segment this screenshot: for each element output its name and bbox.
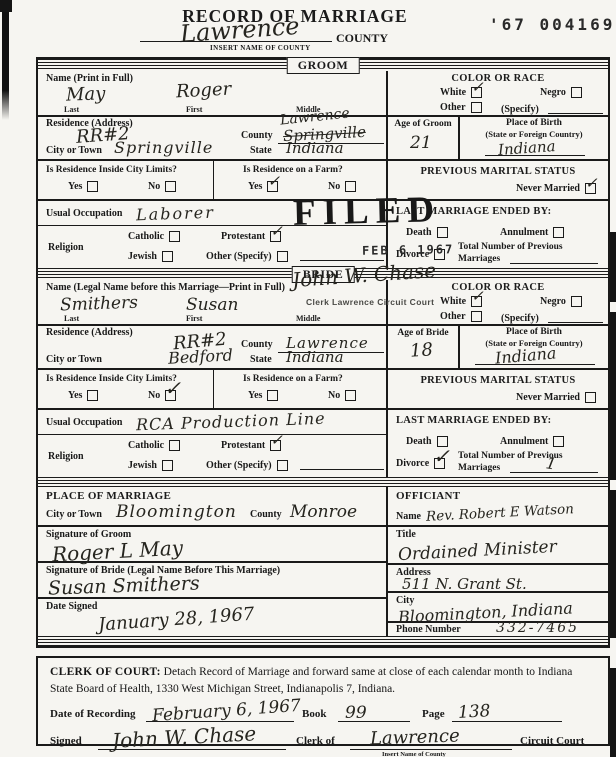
bride-divorce-checkbox: ✓ [434,458,445,469]
signed-line [98,749,286,750]
form-body: GROOM Name (Print in Full) May Roger Las… [36,57,610,648]
clerk-signed-row: Signed John W. Chase Clerk of Lawrence I… [50,725,596,753]
bride-age-label: Age of Bride [388,328,458,338]
bride-white-checkbox: ✓ [471,296,482,307]
groom-city-value: Springville [114,138,213,157]
officiant-title-row: OFFICIANT [388,487,608,503]
groom-religion-label: Religion [48,242,84,253]
scan-artifact-right-2 [610,312,616,480]
officiant-address-row: Address 511 N. Grant St. [388,565,608,593]
page-value: 138 [457,702,490,724]
groom-occupation-label: Usual Occupation [46,208,122,219]
bride-age-birth-row: Age of Bride 18 Place of Birth (State or… [388,326,608,370]
clerk-recording-row: Date of Recording February 6, 1967 Book … [50,699,596,725]
pom-date-row: Date Signed January 28, 1967 [38,599,386,636]
groom-protestant: Protestant✓ [221,231,281,242]
place-of-marriage-section: PLACE OF MARRIAGE City or Town Bloomingt… [38,487,608,636]
groom-white-checkbox: ✓ [471,87,482,98]
bride-prev-marriages-value: 1 [544,453,557,473]
date-of-recording-label: Date of Recording [50,708,136,720]
bride-first-name-value: Susan [186,295,238,315]
filed-date-stamp: FEB 6 1967 [362,242,454,258]
groom-catholic-checkbox: ✓ [169,231,180,242]
groom-birth-label: Place of Birth [460,118,608,128]
bride-occupation-label: Usual Occupation [46,417,122,428]
groom-catholic: Catholic✓ [128,231,180,242]
groom-never-married-checkbox: ✓ [585,183,596,194]
bride-race-other: Other✓ [440,311,482,322]
bride-name-label: Name (Legal Name before this Marriage—Pr… [46,282,285,293]
groom-band: GROOM [38,59,608,71]
filed-stamp: FILED [292,188,441,235]
officiant-phone-label: Phone Number [396,624,461,635]
pom-city-label: City or Town [46,509,102,520]
bride-county-label: County [241,339,273,350]
bride-catholic-checkbox: ✓ [169,440,180,451]
groom-specify-line [548,113,603,114]
groom-negro-checkbox: ✓ [571,87,582,98]
bride-marriages-label: Marriages [458,463,500,473]
groom-last-name-value: May [66,83,106,105]
groom-first-name-value: Roger [175,79,231,103]
bride-city-label: City or Town [46,354,102,365]
bride-birth-label: Place of Birth [460,327,608,337]
clerk-of-label: Clerk of [296,735,335,747]
groom-farm-yes-checkbox: ✓ [267,181,278,192]
page-line [452,721,562,722]
groom-city-limits-question: Is Residence Inside City Limits? [46,165,177,175]
bride-divorce: Divorce✓ [396,458,445,469]
groom-specify-label: (Specify) [501,104,539,115]
clerk-county-line [350,749,512,750]
bride-signature-value: Susan Smithers [48,572,200,599]
scan-artifact-right-4 [610,668,616,757]
pom-title: PLACE OF MARRIAGE [46,490,171,502]
officiant-title-value: Ordained Minister [398,537,558,565]
bride-birthplace-line [475,364,595,365]
groom-jewish-checkbox: ✓ [162,251,173,262]
bride-age-cell: Age of Bride 18 [388,326,460,368]
middle-sublabel: Middle [296,314,320,323]
groom-age-value: 21 [410,133,432,153]
officiant-address-value: 511 N. Grant St. [402,575,527,593]
groom-birthplace-cell: Place of Birth (State or Foreign Country… [460,117,608,159]
officiant-title: OFFICIANT [396,490,460,502]
groom-city-limits-no-checkbox: ✓ [165,181,176,192]
bride-protestant: Protestant✓ [221,440,281,451]
clerk-county-value: Lawrence [370,726,460,750]
page-label: Page [422,708,445,720]
groom-city-limits-yes-checkbox: ✓ [87,181,98,192]
groom-state-value: Indiana [286,139,344,157]
groom-race-other: Other✓ [440,102,482,113]
groom-city-limits-no: No✓ [148,181,176,192]
groom-race-title: COLOR OR RACE [388,73,608,84]
bride-state-value: Indiana [286,348,344,366]
bride-city-limits-yes-checkbox: ✓ [87,390,98,401]
header-county-label: COUNTY [336,31,388,46]
bride-catholic: Catholic✓ [128,440,180,451]
bride-city-limits-no: No✓ [148,390,176,401]
date-signed-value: January 28, 1967 [97,604,255,636]
last-sublabel: Last [64,314,79,323]
officiant-title2-row: Title Ordained Minister [388,527,608,565]
bride-city-limits-no-checkbox: ✓ [165,390,176,401]
section-divider-band [38,477,608,487]
bride-city-limits-question: Is Residence Inside City Limits? [46,374,177,384]
groom-annulment: Annulment✓ [500,227,564,238]
bride-farm-yes-checkbox: ✓ [267,390,278,401]
bride-ended-title: LAST MARRIAGE ENDED BY: [396,415,551,426]
bride-ended-row: LAST MARRIAGE ENDED BY: Death✓ Annulment… [388,410,608,477]
groom-city-label: City or Town [46,145,102,156]
bride-annulment-checkbox: ✓ [553,436,564,447]
bride-race-title: COLOR OR RACE [388,282,608,293]
question-divider [213,161,214,199]
groom-section: Name (Print in Full) May Roger Last Firs… [38,71,608,268]
first-sublabel: First [186,314,202,323]
pom-groom-signature-row: Signature of Groom Roger L May [38,527,386,563]
clerk-of-court-box: CLERK OF COURT: Detach Record of Marriag… [36,656,610,746]
officiant-name-value: Rev. Robert E Watson [426,501,575,525]
groom-farm-question: Is Residence on a Farm? [243,165,343,175]
groom-race-row: COLOR OR RACE White✓ Negro✓ Other✓ (Spec… [388,71,608,117]
groom-race-negro: Negro✓ [540,87,582,98]
groom-age-birth-row: Age of Groom 21 Place of Birth (State or… [388,117,608,161]
bride-occupation-value: RCA Production Line [136,409,326,435]
bride-annulment: Annulment✓ [500,436,564,447]
bride-last-name-value: Smithers [60,293,139,316]
book-label: Book [302,708,326,720]
bride-specify-line [548,322,603,323]
groom-birthplace-line [485,155,585,156]
groom-residence-row: Residence (Address) RR#2 County Lawrence… [38,117,386,161]
officiant-name-row: Name Rev. Robert E Watson [388,503,608,527]
clerk-instructions: CLERK OF COURT: Detach Record of Marriag… [50,664,596,697]
groom-race-white: White✓ [440,87,482,98]
groom-never-married: Never Married✓ [516,183,596,194]
bottom-band [38,636,608,646]
bride-specify-label: (Specify) [501,313,539,324]
question-divider [213,370,214,408]
groom-jewish: Jewish✓ [128,251,173,262]
bride-marital-row: PREVIOUS MARITAL STATUS Never Married✓ [388,370,608,410]
groom-total-prev-label: Total Number of Previous [458,242,563,252]
bride-never-married-checkbox: ✓ [585,392,596,403]
bride-race-white: White✓ [440,296,482,307]
officiant-city-row: City Bloomington, Indiana [388,593,608,623]
header-county-hint: INSERT NAME OF COUNTY [210,44,311,52]
book-value: 99 [345,703,367,723]
circuit-court-label: Circuit Court [520,735,584,747]
pom-city-row: PLACE OF MARRIAGE City or Town Bloomingt… [38,487,386,527]
officiant-title-label: Title [396,529,416,540]
officiant-phone-row: Phone Number 332-7465 [388,623,608,636]
groom-protestant-checkbox: ✓ [270,231,281,242]
bride-religion-label: Religion [48,451,84,462]
book-line [338,721,410,722]
bride-farm-no-checkbox: ✓ [345,390,356,401]
bride-other-race-checkbox: ✓ [471,311,482,322]
bride-negro-checkbox: ✓ [571,296,582,307]
scan-artifact-corner [0,0,12,12]
bride-residence-label: Residence (Address) [46,327,133,338]
officiant-name-label: Name [396,511,421,522]
bride-never-married: Never Married✓ [516,392,596,403]
bride-age-value: 18 [409,339,433,362]
groom-occupation-value: Laborer [136,203,215,225]
bride-other-religion-line [300,469,384,470]
marriage-record-document: RECORD OF MARRIAGE Lawrence COUNTY INSER… [0,0,616,757]
groom-city-limits-yes: Yes✓ [68,181,98,192]
groom-other-religion-line [300,260,384,261]
groom-other-race-checkbox: ✓ [471,102,482,113]
date-signed-label: Date Signed [46,601,97,612]
pom-county-value: Monroe [290,502,357,522]
bride-protestant-checkbox: ✓ [270,440,281,451]
bride-birthplace-cell: Place of Birth (State or Foreign Country… [460,326,608,368]
signed-label: Signed [50,735,82,747]
last-sublabel: Last [64,105,79,114]
bride-state-label: State [250,354,272,365]
serial-number-stamp: '67 004169 [489,15,615,34]
clerk-instruction-line1: Detach Record of Marriage and forward sa… [164,666,535,678]
pom-county-label: County [250,509,282,520]
bride-farm-yes: Yes✓ [248,390,278,401]
bride-other-religion-checkbox: ✓ [277,460,288,471]
pom-bride-signature-row: Signature of Bride (Legal Name Before Th… [38,563,386,599]
scan-artifact-left [2,0,9,120]
groom-age-cell: Age of Groom 21 [388,117,460,159]
bride-farm-question: Is Residence on a Farm? [243,374,343,384]
groom-annulment-checkbox: ✓ [553,227,564,238]
officiant-city-label: City [396,595,414,606]
bride-section: Name (Legal Name before this Marriage—Pr… [38,280,608,477]
scan-artifact-right-3 [610,490,616,638]
groom-state-label: State [250,145,272,156]
bride-race-negro: Negro✓ [540,296,582,307]
groom-signature-value: Roger L May [51,536,183,567]
first-sublabel: First [186,105,202,114]
bride-other-religion: Other (Specify)✓ [206,460,288,471]
clerk-county-hint: Insert Name of County [382,751,446,757]
bride-jewish-checkbox: ✓ [162,460,173,471]
pom-city-value: Bloomington [116,502,237,522]
bride-city-limits-yes: Yes✓ [68,390,98,401]
bride-occupation-row: Usual Occupation RCA Production Line [38,410,386,435]
bride-jewish: Jewish✓ [128,460,173,471]
clerk-heading: CLERK OF COURT: [50,666,161,678]
officiant-phone-value: 332-7465 [496,620,579,636]
groom-name-label: Name (Print in Full) [46,73,133,84]
bride-marital-title: PREVIOUS MARITAL STATUS [388,375,608,386]
groom-prev-marriages-line [510,263,598,264]
groom-farm-yes: Yes✓ [248,181,278,192]
groom-other-religion-checkbox: ✓ [277,251,288,262]
bride-farm-no: No✓ [328,390,356,401]
bride-city-value: Bedford [168,345,234,367]
groom-other-religion: Other (Specify)✓ [206,251,288,262]
groom-county-label: County [241,130,273,141]
groom-marital-title: PREVIOUS MARITAL STATUS [388,166,608,177]
bride-questions-row: Is Residence Inside City Limits? Yes✓ No… [38,370,386,410]
groom-marriages-label: Marriages [458,254,500,264]
scan-artifact-right-1 [610,232,616,302]
clerk-court-stamp: Clerk Lawrence Circuit Court [306,297,434,307]
groom-age-label: Age of Groom [388,119,458,129]
header-county-line [140,41,332,42]
bride-religion-row: Religion Catholic✓ Protestant✓ Jewish✓ O… [38,435,386,477]
bride-residence-row: Residence (Address) RR#2 County Lawrence… [38,326,386,370]
